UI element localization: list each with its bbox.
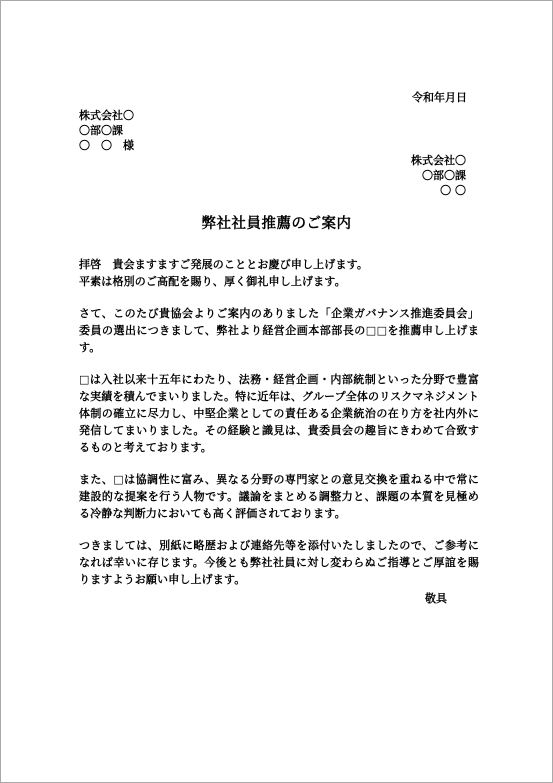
body-paragraph-3: また、□は協調性に富み、異なる分野の専門家との意見交換を重ねる中で常に建設的な提… bbox=[79, 471, 479, 522]
body-paragraph-2: □は入社以来十五年にわたり、法務・経営企画・内部統制といった分野で豊富な実績を積… bbox=[79, 371, 479, 456]
greeting-line-2: 平素は格別のご高配を賜り、厚く御礼申し上げます。 bbox=[79, 273, 479, 290]
sender-block: 株式会社〇 〇部〇課 〇 〇 bbox=[1, 153, 552, 198]
letter-page: 令和年月日 株式会社〇 〇部〇課 〇 〇 様 株式会社〇 〇部〇課 〇 〇 弊社… bbox=[0, 0, 553, 783]
recipient-name: 〇 〇 様 bbox=[79, 138, 552, 153]
body-paragraph-1: さて、このたび貴協会よりご案内のありました「企業ガバナンス推進委員会」委員の選出… bbox=[79, 305, 479, 356]
recipient-department: 〇部〇課 bbox=[79, 123, 552, 138]
body-paragraph-4: つきましては、別紙に略歴および連絡先等を添付いたしましたので、ご参考になれば幸い… bbox=[79, 537, 479, 588]
sender-name: 〇 〇 bbox=[1, 183, 466, 198]
sender-company: 株式会社〇 bbox=[1, 153, 466, 168]
closing-word: 敬具 bbox=[1, 591, 552, 606]
letter-title: 弊社社員推薦のご案内 bbox=[1, 214, 552, 234]
greeting-line-1: 拝啓 貴会ますますご発展のこととお慶び申し上げます。 bbox=[79, 256, 479, 273]
sender-department: 〇部〇課 bbox=[1, 168, 466, 183]
recipient-company: 株式会社〇 bbox=[79, 108, 552, 123]
letter-body: 拝啓 貴会ますますご発展のこととお慶び申し上げます。 平素は格別のご高配を賜り、… bbox=[79, 256, 479, 588]
letter-date: 令和年月日 bbox=[1, 90, 552, 105]
recipient-block: 株式会社〇 〇部〇課 〇 〇 様 bbox=[79, 108, 552, 153]
